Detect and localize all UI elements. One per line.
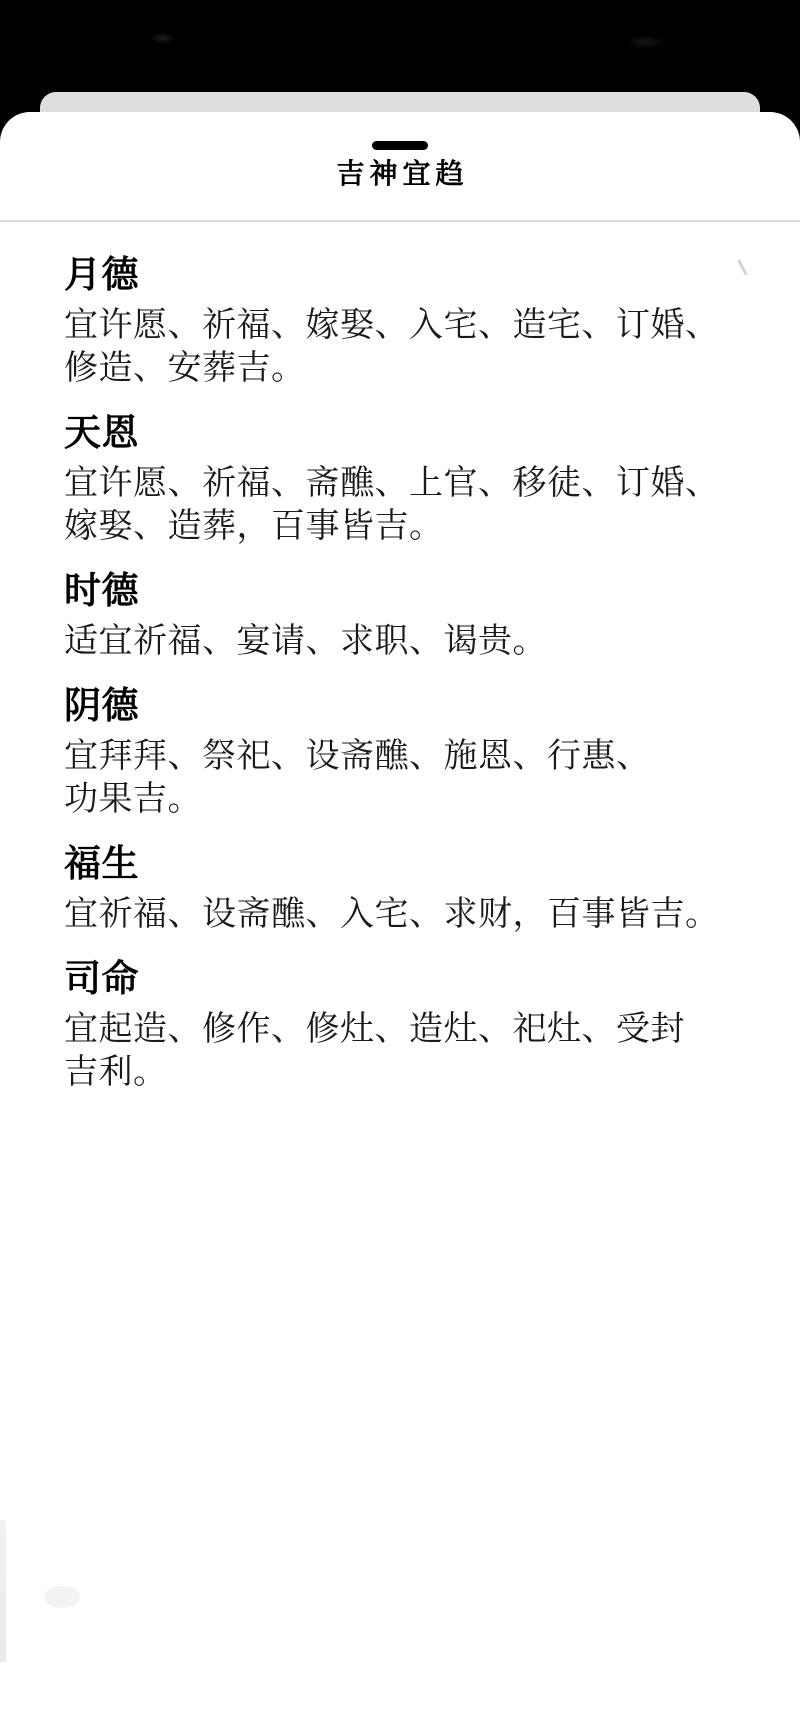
deity-section: 时德 适宜祈福、宴请、求职、谒贵。 [64,566,752,663]
deity-name: 天恩 [64,408,752,458]
deity-name: 司命 [64,954,752,1004]
deity-desc-line: 适宜祈福、宴请、求职、谒贵。 [64,620,752,663]
deity-desc: 宜许愿、祈福、斋醮、上官、移徒、订婚、嫁娶、造葬，百事皆吉。 [64,462,752,548]
deity-desc: 适宜祈福、宴请、求职、谒贵。 [64,620,752,663]
sections: 月德 宜许愿、祈福、嫁娶、入宅、造宅、订婚、修造、安葬吉。 天恩 宜许愿、祈福、… [0,222,800,1094]
deity-desc-line: 宜起造、修作、修灶、造灶、祀灶、受封 [64,1008,752,1051]
background-smudge [150,32,176,44]
deity-name: 福生 [64,839,752,889]
deity-name: 阴德 [64,681,752,731]
deity-desc-line: 宜许愿、祈福、嫁娶、入宅、造宅、订婚、 [64,304,752,347]
deity-desc-line: 宜许愿、祈福、斋醮、上官、移徒、订婚、 [64,462,752,505]
deity-desc: 宜起造、修作、修灶、造灶、祀灶、受封吉利。 [64,1008,752,1094]
deity-section: 阴德 宜拜拜、祭祀、设斋醮、施恩、行惠、功果吉。 [64,681,752,821]
deity-section: 月德 宜许愿、祈福、嫁娶、入宅、造宅、订婚、修造、安葬吉。 [64,250,752,390]
deity-desc-line: 嫁娶、造葬，百事皆吉。 [64,505,752,548]
sheet-title: 吉神宜趋 [0,160,800,188]
screen-artifact [0,1520,6,1662]
deity-section: 司命 宜起造、修作、修灶、造灶、祀灶、受封吉利。 [64,954,752,1094]
deity-name: 月德 [64,250,752,300]
deity-desc: 宜祈福、设斋醮、入宅、求财，百事皆吉。 [64,893,752,936]
deity-desc-line: 宜拜拜、祭祀、设斋醮、施恩、行惠、 [64,735,752,778]
deity-desc-line: 宜祈福、设斋醮、入宅、求财，百事皆吉。 [64,893,752,936]
deity-desc-line: 吉利。 [64,1051,752,1094]
screen-artifact [44,1586,80,1608]
deity-section: 天恩 宜许愿、祈福、斋醮、上官、移徒、订婚、嫁娶、造葬，百事皆吉。 [64,408,752,548]
deity-name: 时德 [64,566,752,616]
deity-desc-line: 修造、安葬吉。 [64,347,752,390]
deity-desc: 宜拜拜、祭祀、设斋醮、施恩、行惠、功果吉。 [64,735,752,821]
drag-handle[interactable] [372,141,428,150]
deity-section: 福生 宜祈福、设斋醮、入宅、求财，百事皆吉。 [64,839,752,936]
bottom-sheet: 吉神宜趋 月德 宜许愿、祈福、嫁娶、入宅、造宅、订婚、修造、安葬吉。 天恩 宜许… [0,112,800,1731]
deity-desc-line: 功果吉。 [64,778,752,821]
deity-desc: 宜许愿、祈福、嫁娶、入宅、造宅、订婚、修造、安葬吉。 [64,304,752,390]
background-smudge [626,35,666,49]
